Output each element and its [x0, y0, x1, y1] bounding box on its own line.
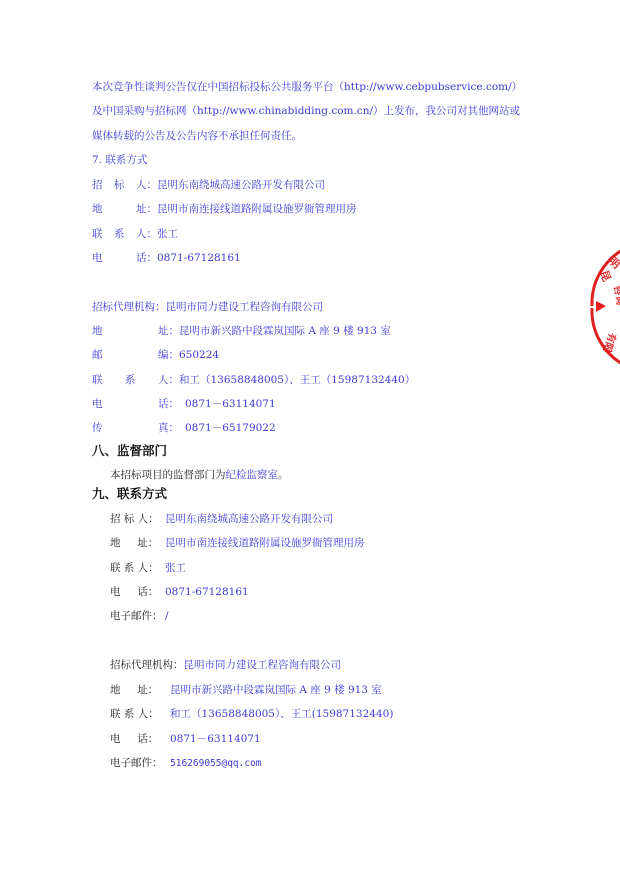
section9-agency-email: 电子邮件：516269055@qq.com — [110, 756, 262, 771]
section9-contact: 联 系 人：张工 — [110, 561, 186, 575]
section7-agency-phone: 电话：0871－63114071 — [92, 397, 276, 411]
section7-tenderer: 招标人：昆明东南绕城高速公路开发有限公司 — [92, 178, 325, 192]
section9-email: 电子邮件：/ — [110, 609, 169, 623]
section7-agency: 招标代理机构：昆明市同力建设工程咨询有限公司 — [92, 300, 323, 314]
section7-address: 地址：昆明市南连接线道路附属设施罗衙管理用房 — [92, 202, 357, 216]
section7-contact: 联系人：张工 — [92, 227, 178, 241]
notice-line-2: 及中国采购与招标网（http://www.chinabidding.com.cn… — [92, 104, 520, 118]
section7-agency-contact: 联系人：和工（13658848005）、王工（15987132440） — [92, 373, 415, 387]
section9-agency-phone: 电 话：0871－63114071 — [110, 732, 261, 746]
section9-agency-contact: 联 系 人：和工（13658848005）、王工(15987132440) — [110, 707, 393, 721]
section7-agency-fax: 传真：0871－65179022 — [92, 421, 276, 435]
section8-text: 本招标项目的监督部门为纪检监察室。 — [110, 468, 289, 482]
section9-agency: 招标代理机构：昆明市同力建设工程咨询有限公司 — [110, 658, 341, 672]
section9-agency-address: 地 址：昆明市新兴路中段霖岚国际 A 座 9 楼 913 室 — [110, 683, 382, 697]
svg-text:…: … — [604, 345, 613, 355]
section9-tenderer: 招 标 人：昆明东南绕城高速公路开发有限公司 — [110, 512, 333, 526]
agency-postcode-value: 650224 — [179, 349, 219, 361]
agency-phone-value: 0871－63114071 — [185, 398, 276, 410]
agency-fax-value: 0871－65179022 — [185, 422, 276, 434]
section7-agency-address: 地址：昆明市新兴路中段霖岚国际 A 座 9 楼 913 室 — [92, 324, 391, 338]
section7-title: 7. 联系方式 — [92, 153, 147, 167]
section7-phone: 电话：0871-67128161 — [92, 251, 241, 265]
section8-title: 八、监督部门 — [92, 444, 167, 458]
phone-value: 0871-67128161 — [157, 252, 241, 264]
section9-address: 地 址：昆明市南连接线道路附属设施罗衙管理用房 — [110, 536, 365, 550]
tenderer-value: 昆明东南绕城高速公路开发有限公司 — [157, 179, 325, 191]
section7-agency-postcode: 邮编：650224 — [92, 348, 219, 362]
document-page: 本次竞争性谈判公告仅在中国招标投标公共服务平台（http://www.cebpu… — [0, 0, 620, 877]
agency-value: 昆明市同力建设工程咨询有限公司 — [166, 301, 324, 313]
agency-address-value: 昆明市新兴路中段霖岚国际 A 座 9 楼 913 室 — [179, 325, 391, 337]
contact-value: 张工 — [157, 228, 178, 240]
notice-line-1: 本次竞争性谈判公告仅在中国招标投标公共服务平台（http://www.cebpu… — [92, 80, 522, 94]
section9-title: 九、联系方式 — [92, 487, 167, 501]
company-seal-stamp: 昆 明 咨询 有限 … — [586, 246, 620, 368]
svg-text:咨询: 咨询 — [611, 284, 620, 306]
supervision-dept: 纪检监察室 — [226, 469, 279, 481]
address-value: 昆明市南连接线道路附属设施罗衙管理用房 — [157, 203, 357, 215]
agency-contact-value: 和工（13658848005）、王工（15987132440） — [179, 374, 415, 386]
notice-line-3: 媒体转载的公告及公告内容不承担任何责任。 — [92, 129, 302, 143]
section9-phone: 电 话：0871-67128161 — [110, 585, 249, 599]
